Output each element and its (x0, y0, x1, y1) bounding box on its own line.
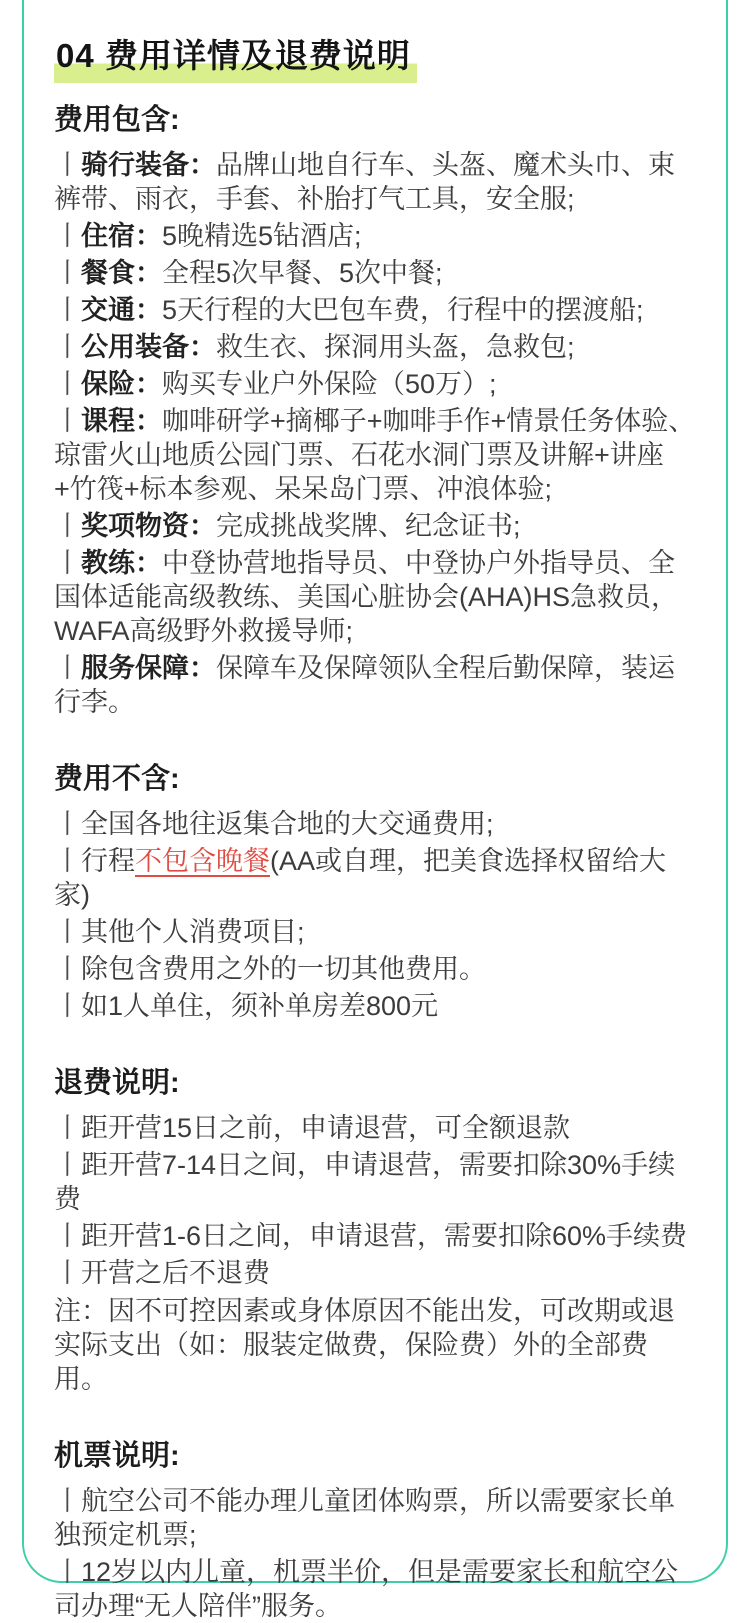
bullet-bar: 丨 (54, 406, 81, 436)
section-fee-excluded: 费用不含: 丨全国各地往返集合地的大交通费用; 丨行程不包含晚餐(AA或自理，把… (54, 761, 696, 1023)
fee-details-card: 04 费用详情及退费说明 费用包含: 丨骑行装备：品牌山地自行车、头盔、魔术头巾… (22, 0, 728, 1583)
list-item: 丨行程不包含晚餐(AA或自理，把美食选择权留给大家) (54, 844, 696, 912)
item-text: 除包含费用之外的一切其他费用。 (81, 954, 486, 984)
list-item: 丨开营之后不退费 (54, 1256, 696, 1290)
item-text: 开营之后不退费 (81, 1258, 270, 1288)
item-label: 教练： (81, 548, 162, 578)
item-label: 奖项物资： (81, 511, 216, 541)
bullet-bar: 丨 (54, 809, 81, 839)
item-text: 5天行程的大巴包车费，行程中的摆渡船; (162, 295, 644, 325)
list-item: 丨教练：中登协营地指导员、中登协户外指导员、全国体适能高级教练、美国心脏协会(A… (54, 546, 696, 648)
section-fee-included: 费用包含: 丨骑行装备：品牌山地自行车、头盔、魔术头巾、束裤带、雨衣，手套、补胎… (54, 102, 696, 719)
section-refund-policy: 退费说明: 丨距开营15日之前，申请退营，可全额退款 丨距开营7-14日之间，申… (54, 1065, 696, 1396)
item-text: 距开营1-6日之间，申请退营，需要扣除60%手续费 (81, 1221, 687, 1251)
list-item: 丨其他个人消费项目; (54, 915, 696, 949)
heading-flight-info: 机票说明: (54, 1438, 696, 1474)
bullet-bar: 丨 (54, 991, 81, 1021)
item-label: 保险： (81, 369, 162, 399)
item-label: 服务保障： (81, 653, 216, 683)
bullet-bar: 丨 (54, 1557, 81, 1587)
item-text: 全程5次早餐、5次中餐; (162, 258, 443, 288)
no-dinner-red-text: 不包含晚餐 (135, 846, 270, 876)
bullet-bar: 丨 (54, 1486, 81, 1516)
bullet-bar: 丨 (54, 954, 81, 984)
bullet-bar: 丨 (54, 653, 81, 683)
item-text: 如1人单住，须补单房差800元 (81, 991, 438, 1021)
bullet-bar: 丨 (54, 917, 81, 947)
item-label: 餐食： (81, 258, 162, 288)
item-label: 骑行装备： (81, 150, 216, 180)
refund-note: 注：因不可控因素或身体原因不能出发，可改期或退实际支出（如：服装定做费，保险费）… (54, 1294, 696, 1396)
title-highlight: 04 费用详情及退费说明 (54, 37, 417, 83)
item-text: 行程 (81, 846, 135, 876)
list-item: 丨骑行装备：品牌山地自行车、头盔、魔术头巾、束裤带、雨衣，手套、补胎打气工具，安… (54, 148, 696, 216)
list-item: 丨除包含费用之外的一切其他费用。 (54, 952, 696, 986)
list-item: 丨交通：5天行程的大巴包车费，行程中的摆渡船; (54, 293, 696, 327)
section-flight-info: 机票说明: 丨航空公司不能办理儿童团体购票，所以需要家长单独预定机票; 丨12岁… (54, 1438, 696, 1610)
page-title: 04 费用详情及退费说明 (54, 36, 696, 76)
item-label: 住宿： (81, 221, 162, 251)
item-text: 距开营15日之前，申请退营，可全额退款 (81, 1113, 570, 1143)
bullet-bar: 丨 (54, 846, 81, 876)
bullet-bar: 丨 (54, 1113, 81, 1143)
bullet-bar: 丨 (54, 221, 81, 251)
list-item: 丨距开营1-6日之间，申请退营，需要扣除60%手续费 (54, 1219, 696, 1253)
item-text: 购买专业户外保险（50万）; (162, 369, 497, 399)
list-item: 丨全国各地往返集合地的大交通费用; (54, 807, 696, 841)
list-item: 丨课程：咖啡研学+摘椰子+咖啡手作+情景任务体验、琼雷火山地质公园门票、石花水洞… (54, 404, 696, 506)
item-text: 全国各地往返集合地的大交通费用; (81, 809, 494, 839)
bullet-bar: 丨 (54, 1221, 81, 1251)
item-label: 课程： (81, 406, 162, 436)
list-item: 丨距开营7-14日之间，申请退营，需要扣除30%手续费 (54, 1148, 696, 1216)
item-text: 5晚精选5钻酒店; (162, 221, 362, 251)
item-text: 完成挑战奖牌、纪念证书; (216, 511, 521, 541)
bullet-bar: 丨 (54, 1150, 81, 1180)
list-item: 丨住宿：5晚精选5钻酒店; (54, 219, 696, 253)
list-item: 丨如1人单住，须补单房差800元 (54, 989, 696, 1023)
list-item: 丨奖项物资：完成挑战奖牌、纪念证书; (54, 509, 696, 543)
bullet-bar: 丨 (54, 548, 81, 578)
bullet-bar: 丨 (54, 332, 81, 362)
bullet-bar: 丨 (54, 511, 81, 541)
heading-refund-policy: 退费说明: (54, 1065, 696, 1101)
item-text: 距开营7-14日之间，申请退营，需要扣除30%手续费 (54, 1150, 675, 1214)
card-content: 04 费用详情及退费说明 费用包含: 丨骑行装备：品牌山地自行车、头盔、魔术头巾… (24, 0, 726, 1610)
item-label: 公用装备： (81, 332, 216, 362)
list-item: 丨餐食：全程5次早餐、5次中餐; (54, 256, 696, 290)
item-text: 航空公司不能办理儿童团体购票，所以需要家长单独预定机票; (54, 1486, 675, 1550)
item-label: 交通： (81, 295, 162, 325)
list-item: 丨公用装备：救生衣、探洞用头盔，急救包; (54, 330, 696, 364)
list-item: 丨12岁以内儿童，机票半价，但是需要家长和航空公司办理“无人陪伴”服务。 (54, 1555, 696, 1610)
list-item: 丨航空公司不能办理儿童团体购票，所以需要家长单独预定机票; (54, 1484, 696, 1552)
bullet-bar: 丨 (54, 1258, 81, 1288)
list-item: 丨保险：购买专业户外保险（50万）; (54, 367, 696, 401)
bullet-bar: 丨 (54, 150, 81, 180)
bullet-bar: 丨 (54, 295, 81, 325)
item-text: 救生衣、探洞用头盔，急救包; (216, 332, 575, 362)
bullet-bar: 丨 (54, 258, 81, 288)
item-text: 其他个人消费项目; (81, 917, 305, 947)
heading-fee-included: 费用包含: (54, 102, 696, 138)
item-text: 12岁以内儿童，机票半价，但是需要家长和航空公司办理“无人陪伴”服务。 (54, 1557, 678, 1610)
bullet-bar: 丨 (54, 369, 81, 399)
list-item: 丨服务保障：保障车及保障领队全程后勤保障，装运行李。 (54, 651, 696, 719)
list-item: 丨距开营15日之前，申请退营，可全额退款 (54, 1111, 696, 1145)
heading-fee-excluded: 费用不含: (54, 761, 696, 797)
